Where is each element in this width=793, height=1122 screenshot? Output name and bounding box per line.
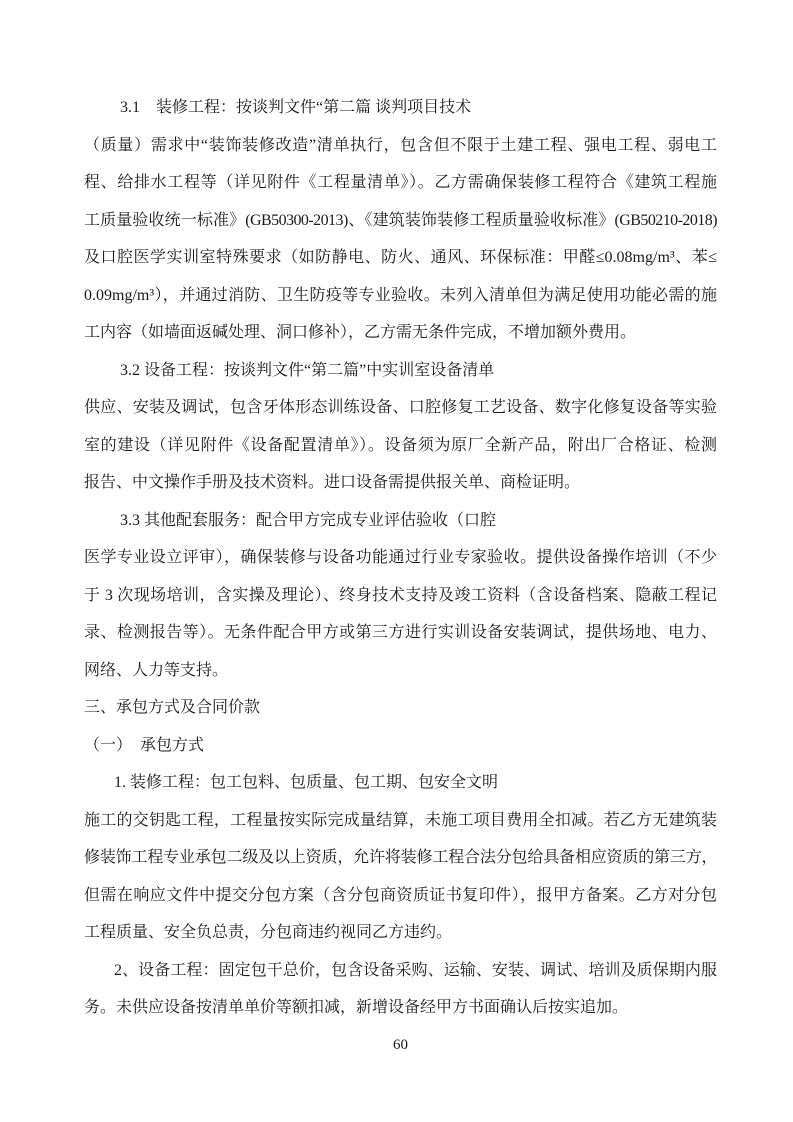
text-line: 医学专业设立评审），确保装修与设备功能通过行业专家验收。提供设备操作培训（不少 [84, 539, 717, 577]
text-line: 但需在响应文件中提交分包方案（含分包商资质证书复印件），报甲方备案。乙方对分包 [84, 877, 717, 915]
text-line: 录、检测报告等）。无条件配合甲方或第三方进行实训设备安装调试，提供场地、电力、 [84, 614, 717, 652]
line-subsection-heading: （一） 承包方式 [84, 727, 717, 765]
text-line: 工质量验收统一标准》(GB50300-2013)、《建筑装饰装修工程质量验收标准… [84, 202, 717, 240]
line-item-1: 1. 装修工程：包工包料、包质量、包工期、包安全文明 [84, 764, 717, 802]
line-item-2: 2、设备工程：固定包干总价，包含设备采购、运输、安装、调试、培训及质保期内服 [84, 952, 717, 990]
line-clause-3-1: 3.1 装修工程：按谈判文件“第二篇 谈判项目技术 [84, 89, 717, 127]
text-line: （质量）需求中“装饰装修改造”清单执行，包含但不限于土建工程、强电工程、弱电工 [84, 127, 717, 165]
text-line: 网络、人力等支持。 [84, 652, 717, 690]
text-line: 报告、中文操作手册及技术资料。进口设备需提供报关单、商检证明。 [84, 464, 717, 502]
text-line: 工程质量、安全负总责，分包商违约视同乙方违约。 [84, 914, 717, 952]
line-clause-3-2: 3.2 设备工程：按谈判文件“第二篇”中实训室设备清单 [84, 352, 717, 390]
text-line: 程、给排水工程等（详见附件《工程量清单》）。乙方需确保装修工程符合《建筑工程施 [84, 164, 717, 202]
line-clause-3-3: 3.3 其他配套服务：配合甲方完成专业评估验收（口腔 [84, 502, 717, 540]
text-line: 于 3 次现场培训，含实操及理论）、终身技术支持及竣工资料（含设备档案、隐蔽工程… [84, 577, 717, 615]
text-line: 0.09mg/m³），并通过消防、卫生防疫等专业验收。未列入清单但为满足使用功能… [84, 277, 717, 315]
document-page: 3.1 装修工程：按谈判文件“第二篇 谈判项目技术 （质量）需求中“装饰装修改造… [84, 89, 717, 1064]
text-line: 供应、安装及调试，包含牙体形态训练设备、口腔修复工艺设备、数字化修复设备等实验 [84, 389, 717, 427]
text-line: 务。未供应设备按清单单价等额扣减，新增设备经甲方书面确认后按实追加。 [84, 989, 717, 1027]
text-line: 及口腔医学实训室特殊要求（如防静电、防火、通风、环保标准：甲醛≤0.08mg/m… [84, 239, 717, 277]
line-section-heading: 三、承包方式及合同价款 [84, 689, 717, 727]
text-line: 工内容（如墙面返碱处理、洞口修补），乙方需无条件完成，不增加额外费用。 [84, 314, 717, 352]
text-line: 修装饰工程专业承包二级及以上资质，允许将装修工程合法分包给具备相应资质的第三方， [84, 839, 717, 877]
text-line: 施工的交钥匙工程，工程量按实际完成量结算，未施工项目费用全扣减。若乙方无建筑装 [84, 802, 717, 840]
page-number: 60 [84, 1027, 717, 1065]
text-line: 室的建设（详见附件《设备配置清单》）。设备须为原厂全新产品，附出厂合格证、检测 [84, 427, 717, 465]
